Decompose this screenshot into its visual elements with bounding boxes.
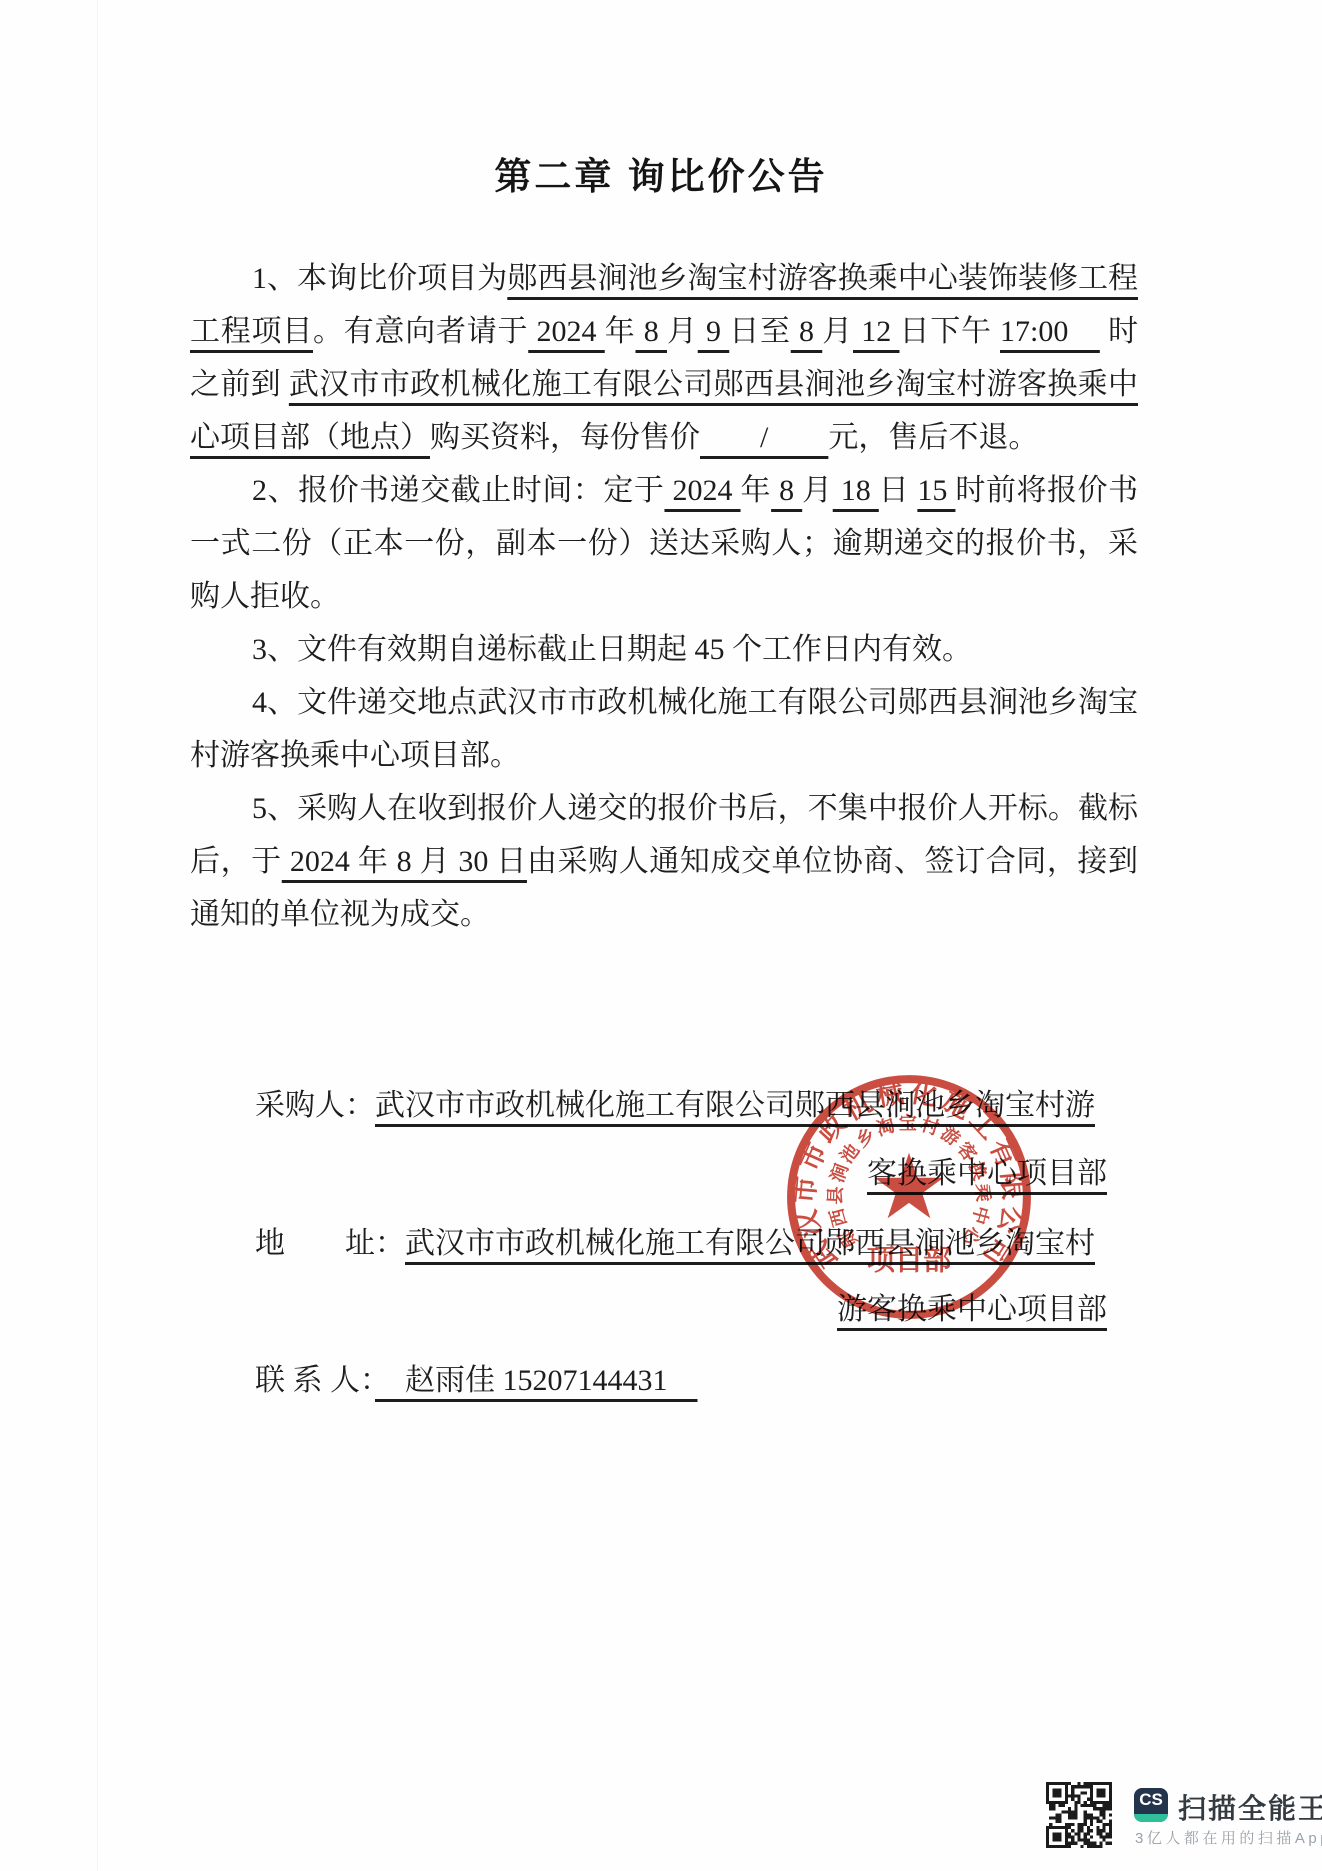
underlined-text-segment: 8 [635,315,667,348]
contact-value: 赵雨佳 15207144431 [375,1364,698,1397]
contact-label: 联 系 人： [255,1364,375,1397]
contact-line: 联 系 人： 赵雨佳 15207144431 [255,1355,698,1399]
scanned-document-page: 第二章 询比价公告 1、本询比价项目为郧西县涧池乡淘宝村游客换乘中心装饰装修工程… [0,0,1322,1871]
text-segment: 日至 [729,315,791,348]
buyer-label: 采购人： [255,1089,375,1122]
text-segment: 2、报价书递交截止时间：定于 [252,474,664,507]
buyer-line-continuation: 客换乘中心项目部 [255,1148,1107,1192]
text-segment: 年 [605,315,636,348]
underlined-text-segment: 8 [771,474,802,507]
text-segment: 元，售后不退。 [828,421,1038,454]
address-line-continuation: 游客换乘中心项目部 [255,1284,1107,1328]
buyer-value: 武汉市市政机械化施工有限公司郧西县涧池乡淘宝村游 [375,1089,1095,1122]
address-label: 地 址： [255,1227,405,1260]
scanner-tagline: 3亿人都在用的扫描App [1135,1827,1322,1848]
text-segment: 月 [822,315,853,348]
document-body: 1、本询比价项目为郧西县涧池乡淘宝村游客换乘中心装饰装修工程工程项目。有意向者请… [190,252,1138,941]
text-segment: 1、本询比价项目为 [252,262,507,295]
text-segment: 3、文件有效期自递标截止日期起 45 个工作日内有效。 [252,633,972,666]
text-segment: 购买资料，每份售价 [430,421,700,454]
paragraph-4: 4、文件递交地点武汉市市政机械化施工有限公司郧西县涧池乡淘宝村游客换乘中心项目部… [190,676,1138,782]
qr-code [1046,1782,1112,1848]
cs-logo-accent [1134,1814,1168,1822]
underlined-text-segment: 17:00 [1000,315,1100,348]
underlined-text-segment: 2024 年 8 月 30 日 [282,845,527,878]
scanner-brand-name: 扫描全能王 [1178,1787,1322,1827]
buyer-line: 采购人：武汉市市政机械化施工有限公司郧西县涧池乡淘宝村游 [255,1080,1095,1124]
underlined-text-segment: 15 [917,474,955,507]
paragraph-1: 1、本询比价项目为郧西县涧池乡淘宝村游客换乘中心装饰装修工程工程项目。有意向者请… [190,252,1138,464]
paragraph-3: 3、文件有效期自递标截止日期起 45 个工作日内有效。 [190,623,1138,676]
address-line: 地 址：武汉市市政机械化施工有限公司郧西县涧池乡淘宝村 [255,1218,1095,1262]
text-segment: 年 [741,474,772,507]
camscanner-logo-icon: CS [1134,1788,1168,1822]
text-segment: 。有意向者请于 [313,315,528,348]
cs-logo-text: CS [1134,1790,1168,1810]
underlined-text-segment: 9 [698,315,730,348]
address-value: 武汉市市政机械化施工有限公司郧西县涧池乡淘宝村 [405,1227,1095,1260]
text-segment: 日下午 [899,315,1000,348]
scan-artifact-line [97,0,98,1871]
underlined-text-segment: 2024 [528,315,605,348]
document-title: 第二章 询比价公告 [0,146,1322,200]
text-segment: 月 [802,474,833,507]
underlined-text-segment: 18 [833,474,879,507]
text-segment: 日 [879,474,918,507]
text-segment: 月 [667,315,698,348]
text-segment: 4、文件递交地点武汉市市政机械化施工有限公司郧西县涧池乡淘宝村游客换乘中心项目部… [190,686,1138,772]
underlined-text-segment: 12 [853,315,900,348]
paragraph-2: 2、报价书递交截止时间：定于 2024 年 8 月 18 日 15 时前将报价书… [190,464,1138,623]
paragraph-5: 5、采购人在收到报价人递交的报价书后，不集中报价人开标。截标后，于 2024 年… [190,782,1138,941]
underlined-text-segment: 8 [791,315,823,348]
underlined-text-segment: / [700,421,828,454]
scanner-watermark: CS 扫描全能王 3亿人都在用的扫描App [1046,1780,1306,1855]
underlined-text-segment: 2024 [664,474,740,507]
